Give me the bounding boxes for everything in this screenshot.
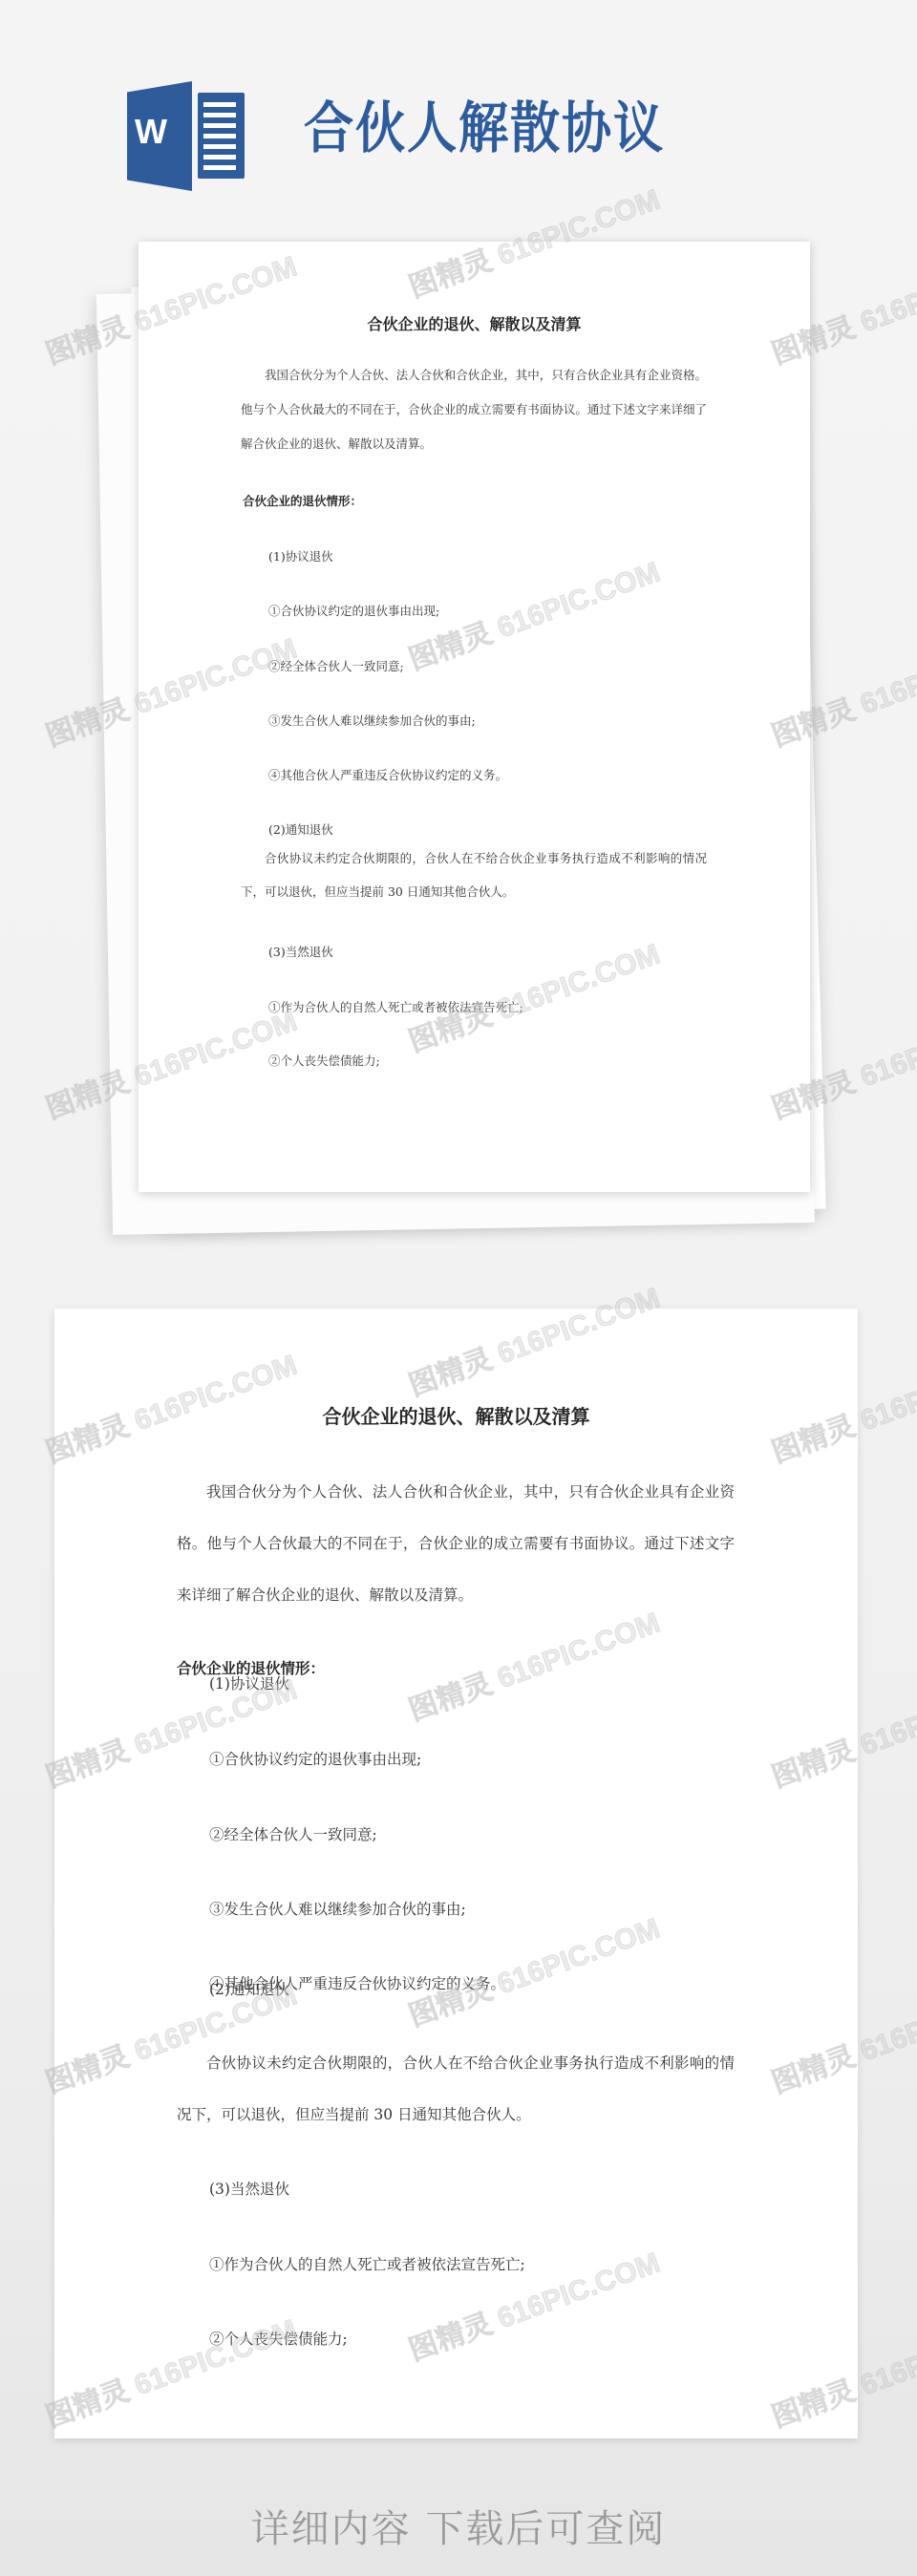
list-item: (1)协议退伙 xyxy=(209,1672,289,1693)
list-item: (3)当然退伙 xyxy=(268,943,333,960)
header: W 合伙人解散协议 xyxy=(0,0,917,229)
download-hint: 详细内容 下载后可查阅 xyxy=(0,2499,917,2553)
document-title: 合伙企业的退伙、解散以及清算 xyxy=(139,312,810,334)
list-item: ①作为合伙人的自然人死亡或者被依法宣告死亡; xyxy=(209,2253,525,2274)
list-item: (2)通知退伙 xyxy=(209,1978,289,1999)
notice-paragraph: 合伙协议未约定合伙期限的，合伙人在不给合伙企业事务执行造成不利影响的情况下，可以… xyxy=(241,841,707,908)
list-item: ③发生合伙人难以继续参加合伙的事由; xyxy=(209,1898,466,1919)
list-item: (3)当然退伙 xyxy=(209,2178,289,2199)
section-heading: 合伙企业的退伙情形： xyxy=(243,492,362,509)
word-icon: W xyxy=(127,81,245,191)
list-item: ②个人丧失偿债能力; xyxy=(268,1052,380,1069)
list-item: ①合伙协议约定的退伙事由出现; xyxy=(268,602,439,619)
document-preview-page: 合伙企业的退伙、解散以及清算 我国合伙分为个人合伙、法人合伙和合伙企业，其中，只… xyxy=(139,242,810,1192)
list-item: ④其他合伙人严重违反合伙协议约定的义务。 xyxy=(268,766,507,783)
list-item: ①作为合伙人的自然人死亡或者被依法宣告死亡; xyxy=(268,998,523,1015)
list-item: ②经全体合伙人一致同意; xyxy=(209,1823,377,1844)
word-icon-letter: W xyxy=(135,115,167,149)
intro-paragraph: 我国合伙分为个人合伙、法人合伙和合伙企业，其中，只有合伙企业具有企业资格。他与个… xyxy=(177,1466,735,1621)
notice-paragraph: 合伙协议未约定合伙期限的，合伙人在不给合伙企业事务执行造成不利影响的情况下，可以… xyxy=(177,2037,735,2140)
intro-paragraph: 我国合伙分为个人合伙、法人合伙和合伙企业，其中，只有合伙企业具有企业资格。他与个… xyxy=(241,358,707,461)
document-full-page: 合伙企业的退伙、解散以及清算 我国合伙分为个人合伙、法人合伙和合伙企业，其中，只… xyxy=(54,1309,858,2438)
word-icon-document-lines xyxy=(198,93,245,179)
page-title: 合伙人解散协议 xyxy=(304,96,665,162)
list-item: ②个人丧失偿债能力; xyxy=(209,2328,348,2349)
document-title: 合伙企业的退伙、解散以及清算 xyxy=(54,1401,858,1429)
list-item: (1)协议退伙 xyxy=(268,547,333,564)
list-item: ②经全体合伙人一致同意; xyxy=(268,657,404,674)
list-item: (2)通知退伙 xyxy=(268,820,333,838)
list-item: ③发生合伙人难以继续参加合伙的事由; xyxy=(268,712,476,729)
word-icon-cover: W xyxy=(127,81,192,191)
list-item: ①合伙协议约定的退伙事由出现; xyxy=(209,1748,421,1769)
